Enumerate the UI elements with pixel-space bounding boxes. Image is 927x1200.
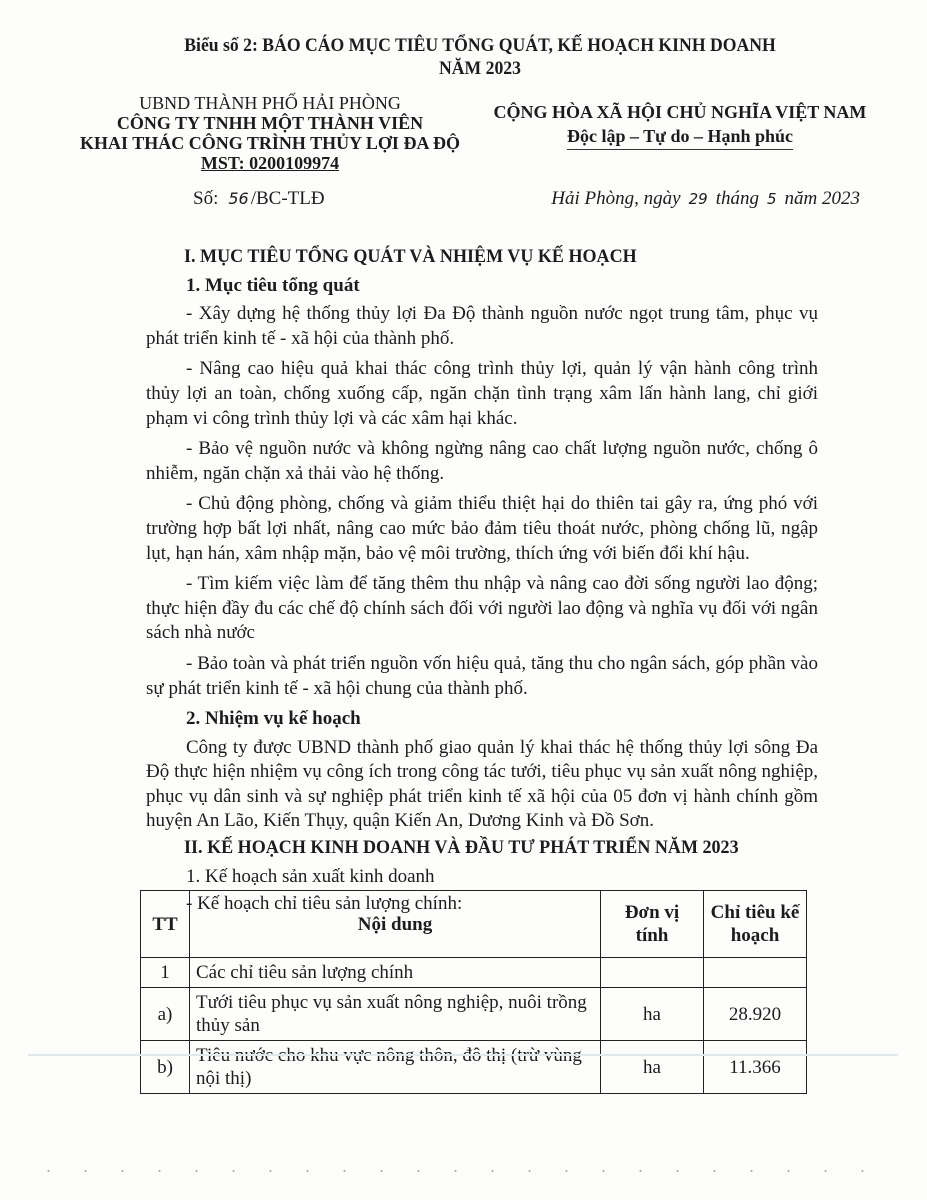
title-line-2: NĂM 2023 [127,57,834,80]
issuer-company-line-1: CÔNG TY TNHH MỘT THÀNH VIÊN [60,113,480,133]
title-line-1: Biểu số 2: BÁO CÁO MỤC TIÊU TỔNG QUÁT, K… [127,34,834,57]
cell-unit: ha [601,988,704,1041]
table-header-row: TT Nội dung Đơn vị tính Chỉ tiêu kế hoạc… [141,891,807,958]
cell-tt: 1 [141,958,190,988]
production-targets-table: TT Nội dung Đơn vị tính Chỉ tiêu kế hoạc… [140,890,807,1094]
header-target: Chỉ tiêu kế hoạch [704,891,807,958]
table-row: b) Tiêu nước cho khu vực nông thôn, đô t… [141,1041,807,1094]
document-number-value: 56 [228,189,248,208]
document-number-suffix: /BC-TLĐ [251,188,325,209]
cell-target [704,958,807,988]
cell-target: 11.366 [704,1041,807,1094]
document-body: I. MỤC TIÊU TỔNG QUÁT VÀ NHIỆM VỤ KẾ HOẠ… [146,245,818,920]
goal-paragraph: - Chủ động phòng, chống và giảm thiểu th… [146,492,818,566]
table-row: a) Tưới tiêu phục vụ sản xuất nông nghiệ… [141,988,807,1041]
document-number-label: Số: [193,188,218,209]
national-header: CỘNG HÒA XÃ HỘI CHỦ NGHĨA VIỆT NAM Độc l… [470,100,890,150]
section-1-heading: I. MỤC TIÊU TỔNG QUÁT VÀ NHIỆM VỤ KẾ HOẠ… [146,245,784,270]
header-tt: TT [141,891,190,958]
date-month-label: tháng [716,188,759,209]
document-date: Hải Phòng, ngày29tháng5năm 2023 [480,188,860,210]
date-day: 29 [689,190,708,208]
national-name: CỘNG HÒA XÃ HỘI CHỦ NGHĨA VIỆT NAM [470,100,890,124]
cell-tt: a) [141,988,190,1041]
cell-content: Tiêu nước cho khu vực nông thôn, đô thị … [190,1041,601,1094]
document-page: Biểu số 2: BÁO CÁO MỤC TIÊU TỔNG QUÁT, K… [0,0,927,1200]
section-2-sub-1: 1. Kế hoạch sản xuất kinh doanh [146,865,818,890]
header-content: Nội dung [190,891,601,958]
goal-paragraph: - Bảo toàn và phát triển nguồn vốn hiệu … [146,652,818,701]
goal-paragraph: - Tìm kiếm việc làm để tăng thêm thu nhậ… [146,572,818,646]
document-title: Biểu số 2: BÁO CÁO MỤC TIÊU TỔNG QUÁT, K… [127,34,834,80]
goal-paragraph: - Xây dựng hệ thống thủy lợi Đa Độ thành… [146,302,818,351]
tax-code: MST: 0200109974 [201,153,339,173]
issuer-company-line-2: KHAI THÁC CÔNG TRÌNH THỦY LỢI ĐA ĐỘ [60,133,480,153]
cell-content: Tưới tiêu phục vụ sản xuất nông nghiệp, … [190,988,601,1041]
goal-paragraph: - Nâng cao hiệu quả khai thác công trình… [146,357,818,431]
scan-artifact-dots [30,1168,890,1174]
document-number: Số:56/BC-TLĐ [193,188,325,210]
date-year: năm 2023 [785,188,860,209]
task-paragraph: Công ty được UBND thành phố giao quản lý… [146,736,818,834]
cell-unit: ha [601,1041,704,1094]
section-1-sub-1: 1. Mục tiêu tổng quát [146,274,818,299]
header-unit: Đơn vị tính [601,891,704,958]
national-motto: Độc lập – Tự do – Hạnh phúc [567,124,793,150]
issuer-authority: UBND THÀNH PHỐ HẢI PHÒNG [60,93,480,113]
issuer-block: UBND THÀNH PHỐ HẢI PHÒNG CÔNG TY TNHH MỘ… [60,93,480,173]
date-month: 5 [767,190,777,208]
table-row: 1 Các chỉ tiêu sản lượng chính [141,958,807,988]
date-prefix: Hải Phòng, ngày [551,188,680,209]
cell-target: 28.920 [704,988,807,1041]
scan-artifact-line [28,1054,898,1056]
cell-unit [601,958,704,988]
cell-content: Các chỉ tiêu sản lượng chính [190,958,601,988]
cell-tt: b) [141,1041,190,1094]
section-2-heading: II. KẾ HOẠCH KINH DOANH VÀ ĐẦU TƯ PHÁT T… [146,836,784,861]
section-1-sub-2: 2. Nhiệm vụ kế hoạch [146,707,818,732]
goal-paragraph: - Bảo vệ nguồn nước và không ngừng nâng … [146,437,818,486]
